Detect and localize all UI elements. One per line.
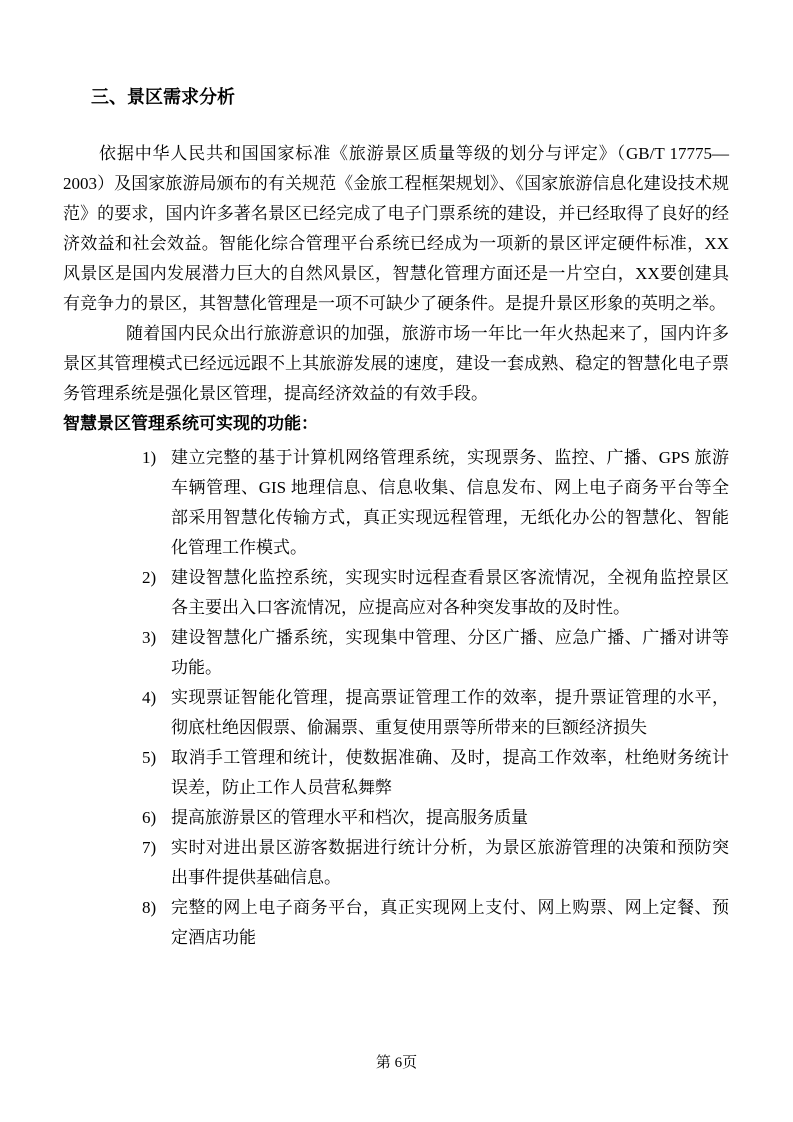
section-heading: 三、景区需求分析 bbox=[91, 82, 729, 112]
feature-list: 1) 建立完整的基于计算机网络管理系统，实现票务、监控、广播、GPS 旅游车辆管… bbox=[63, 443, 729, 953]
paragraph-tourism-market: 随着国内民众出行旅游意识的加强，旅游市场一年比一年火热起来了，国内许多景区其管理… bbox=[63, 319, 729, 409]
list-item-number: 4) bbox=[142, 683, 156, 713]
document-page: 三、景区需求分析 依据中华人民共和国国家标准《旅游景区质量等级的划分与评定》（G… bbox=[0, 0, 793, 1122]
subheading-system-functions: 智慧景区管理系统可实现的功能： bbox=[63, 409, 729, 439]
list-item-text: 建设智慧化广播系统，实现集中管理、分区广播、应急广播、广播对讲等功能。 bbox=[171, 628, 729, 677]
list-item-1: 1) 建立完整的基于计算机网络管理系统，实现票务、监控、广播、GPS 旅游车辆管… bbox=[63, 443, 729, 563]
page-number: 第 6页 bbox=[376, 1055, 417, 1071]
list-item-text: 提高旅游景区的管理水平和档次，提高服务质量 bbox=[171, 808, 528, 827]
list-item-text: 实现票证智能化管理，提高票证管理工作的效率，提升票证管理的水平，彻底杜绝因假票、… bbox=[171, 688, 729, 737]
list-item-number: 3) bbox=[142, 623, 156, 653]
list-item-text: 实时对进出景区游客数据进行统计分析，为景区旅游管理的决策和预防突出事件提供基础信… bbox=[171, 838, 729, 887]
list-item-number: 7) bbox=[142, 833, 156, 863]
list-item-text: 建设智慧化监控系统，实现实时远程查看景区客流情况，全视角监控景区各主要出入口客流… bbox=[171, 568, 729, 617]
list-item-8: 8) 完整的网上电子商务平台，真正实现网上支付、网上购票、网上定餐、预定酒店功能 bbox=[63, 893, 729, 953]
paragraph-standards-intro: 依据中华人民共和国国家标准《旅游景区质量等级的划分与评定》（GB/T 17775… bbox=[63, 139, 729, 319]
list-item-2: 2) 建设智慧化监控系统，实现实时远程查看景区客流情况，全视角监控景区各主要出入… bbox=[63, 563, 729, 623]
list-item-number: 8) bbox=[142, 893, 156, 923]
page-footer: 第 6页 bbox=[0, 1052, 793, 1074]
list-item-text: 完整的网上电子商务平台，真正实现网上支付、网上购票、网上定餐、预定酒店功能 bbox=[171, 898, 729, 947]
list-item-number: 1) bbox=[142, 443, 156, 473]
list-item-text: 取消手工管理和统计，使数据准确、及时，提高工作效率，杜绝财务统计误差，防止工作人… bbox=[171, 748, 729, 797]
list-item-3: 3) 建设智慧化广播系统，实现集中管理、分区广播、应急广播、广播对讲等功能。 bbox=[63, 623, 729, 683]
list-item-6: 6) 提高旅游景区的管理水平和档次，提高服务质量 bbox=[63, 803, 729, 833]
list-item-7: 7) 实时对进出景区游客数据进行统计分析，为景区旅游管理的决策和预防突出事件提供… bbox=[63, 833, 729, 893]
list-item-4: 4) 实现票证智能化管理，提高票证管理工作的效率，提升票证管理的水平，彻底杜绝因… bbox=[63, 683, 729, 743]
list-item-number: 6) bbox=[142, 803, 156, 833]
list-item-number: 5) bbox=[142, 743, 156, 773]
list-item-number: 2) bbox=[142, 563, 156, 593]
list-item-5: 5) 取消手工管理和统计，使数据准确、及时，提高工作效率，杜绝财务统计误差，防止… bbox=[63, 743, 729, 803]
list-item-text: 建立完整的基于计算机网络管理系统，实现票务、监控、广播、GPS 旅游车辆管理、G… bbox=[171, 448, 729, 557]
